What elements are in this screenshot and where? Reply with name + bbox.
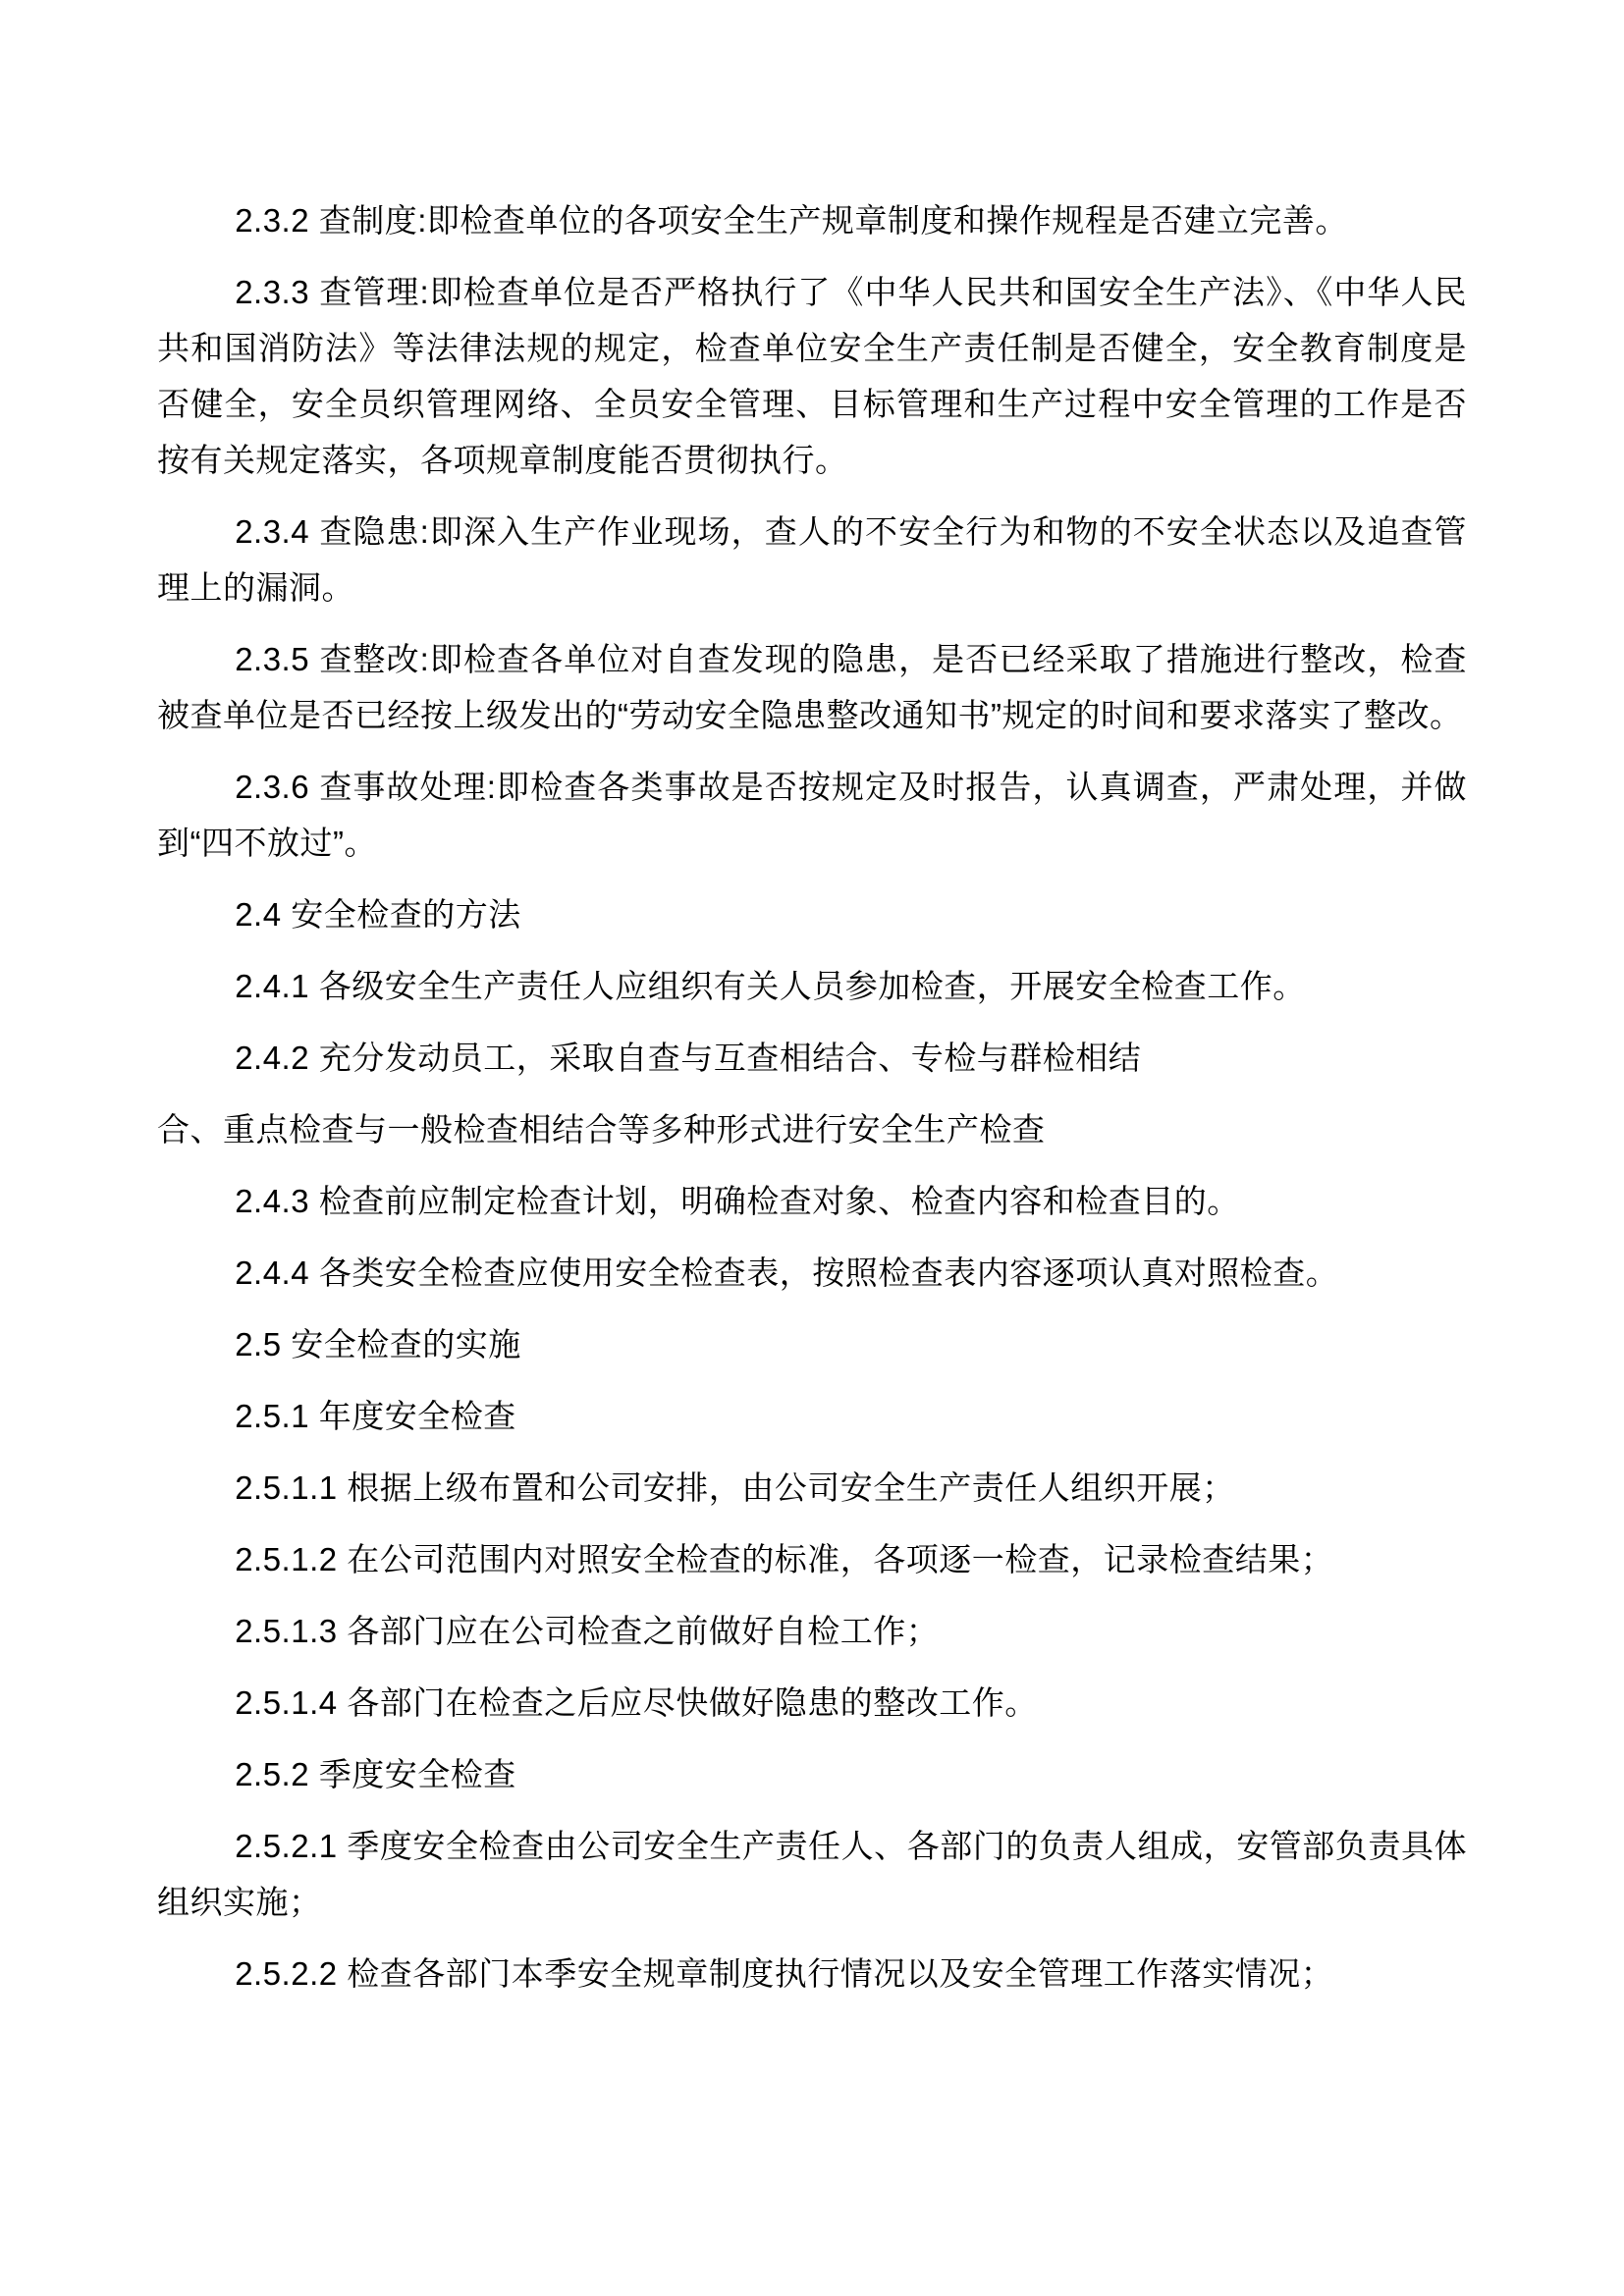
document-content: 2.3.2 查制度:即检查单位的各项安全生产规章制度和操作规程是否建立完善。2.…	[157, 192, 1467, 2017]
paragraph: 2.5.2 季度安全检查	[157, 1746, 1467, 1802]
paragraph: 2.4.4 各类安全检查应使用安全检查表，按照检查表内容逐项认真对照检查。	[157, 1245, 1467, 1301]
paragraph: 2.5.1 年度安全检查	[157, 1388, 1467, 1444]
document-page: 2.3.2 查制度:即检查单位的各项安全生产规章制度和操作规程是否建立完善。2.…	[0, 0, 1624, 2296]
paragraph: 2.3.6 查事故处理:即检查各类事故是否按规定及时报告，认真调查，严肃处理，并…	[157, 759, 1467, 871]
paragraph: 2.5.1.3 各部门应在公司检查之前做好自检工作；	[157, 1603, 1467, 1659]
paragraph: 2.3.3 查管理:即检查单位是否严格执行了《中华人民共和国安全生产法》、《中华…	[157, 264, 1467, 488]
paragraph: 2.5.2.1 季度安全检查由公司安全生产责任人、各部门的负责人组成，安管部负责…	[157, 1818, 1467, 1930]
paragraph: 2.3.4 查隐患:即深入生产作业现场，查人的不安全行为和物的不安全状态以及追查…	[157, 504, 1467, 615]
paragraph: 2.5.1.4 各部门在检查之后应尽快做好隐患的整改工作。	[157, 1675, 1467, 1731]
paragraph: 2.5.1.1 根据上级布置和公司安排，由公司安全生产责任人组织开展；	[157, 1460, 1467, 1516]
paragraph: 2.3.2 查制度:即检查单位的各项安全生产规章制度和操作规程是否建立完善。	[157, 192, 1467, 248]
paragraph: 2.5 安全检查的实施	[157, 1316, 1467, 1372]
document-page-body: { "page": { "background_color": "#ffffff…	[0, 0, 1624, 2296]
paragraph: 2.4.2 充分发动员工，采取自查与互查相结合、专检与群检相结	[157, 1030, 1467, 1086]
paragraph: 2.4 安全检查的方法	[157, 886, 1467, 942]
paragraph: 2.5.1.2 在公司范围内对照安全检查的标准，各项逐一检查，记录检查结果；	[157, 1531, 1467, 1587]
paragraph: 2.4.3 检查前应制定检查计划，明确检查对象、检查内容和检查目的。	[157, 1173, 1467, 1229]
paragraph: 2.4.1 各级安全生产责任人应组织有关人员参加检查，开展安全检查工作。	[157, 958, 1467, 1014]
paragraph: 合、重点检查与一般检查相结合等多种形式进行安全生产检查	[157, 1101, 1467, 1157]
paragraph: 2.3.5 查整改:即检查各单位对自查发现的隐患，是否已经采取了措施进行整改，检…	[157, 631, 1467, 743]
paragraph: 2.5.2.2 检查各部门本季安全规章制度执行情况以及安全管理工作落实情况；	[157, 1946, 1467, 2002]
